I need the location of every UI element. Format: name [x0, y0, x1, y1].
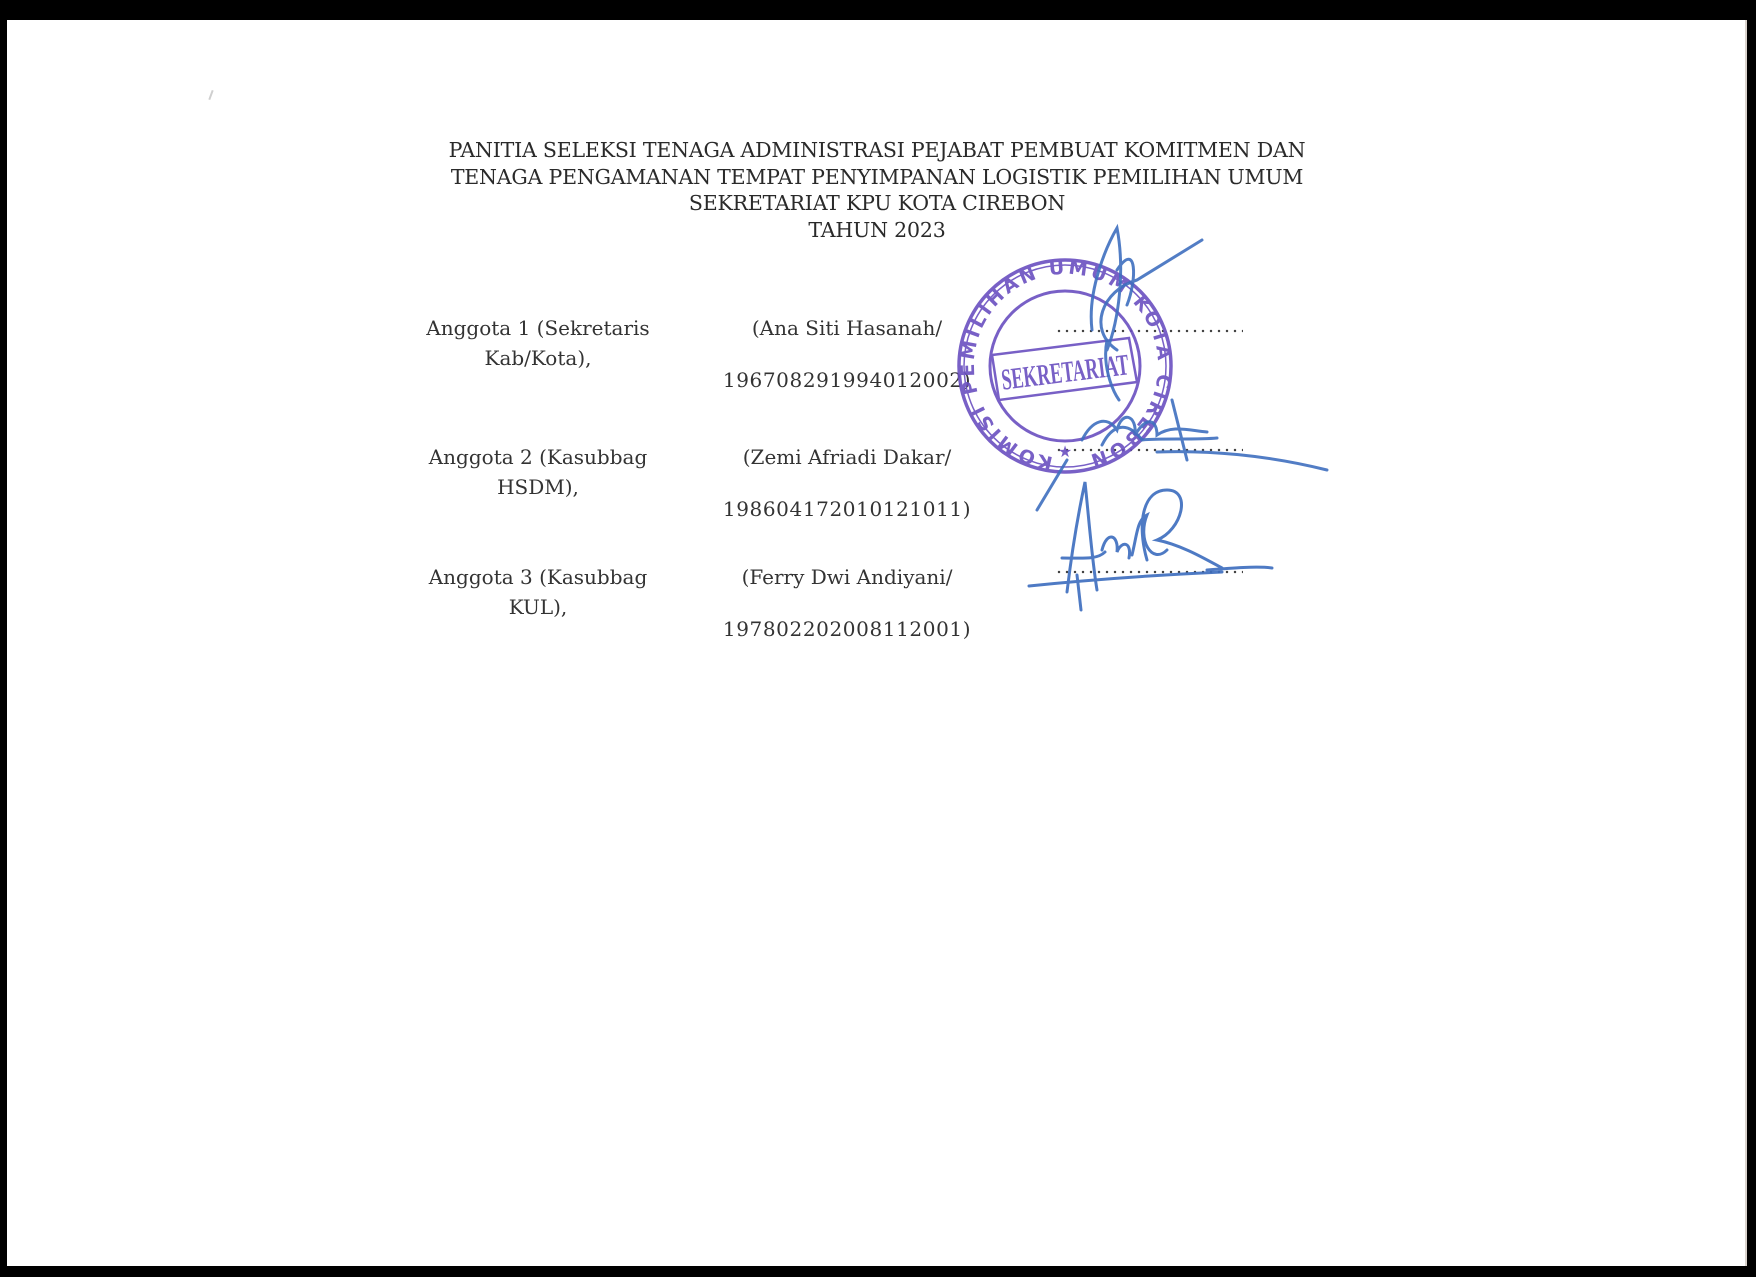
stamp-and-signatures: SEKRETARIAT KOMISI PEMILIHAN UMUM KOTA C…	[7, 20, 1747, 1266]
stamp-center-text: SEKRETARIAT	[1000, 348, 1131, 396]
scanned-page: PANITIA SELEKSI TENAGA ADMINISTRASI PEJA…	[7, 20, 1747, 1266]
signature-2	[1037, 400, 1327, 510]
stamp-star-icon: ★	[1058, 442, 1072, 461]
official-stamp: SEKRETARIAT KOMISI PEMILIHAN UMUM KOTA C…	[957, 257, 1175, 475]
signature-3	[1029, 482, 1272, 610]
